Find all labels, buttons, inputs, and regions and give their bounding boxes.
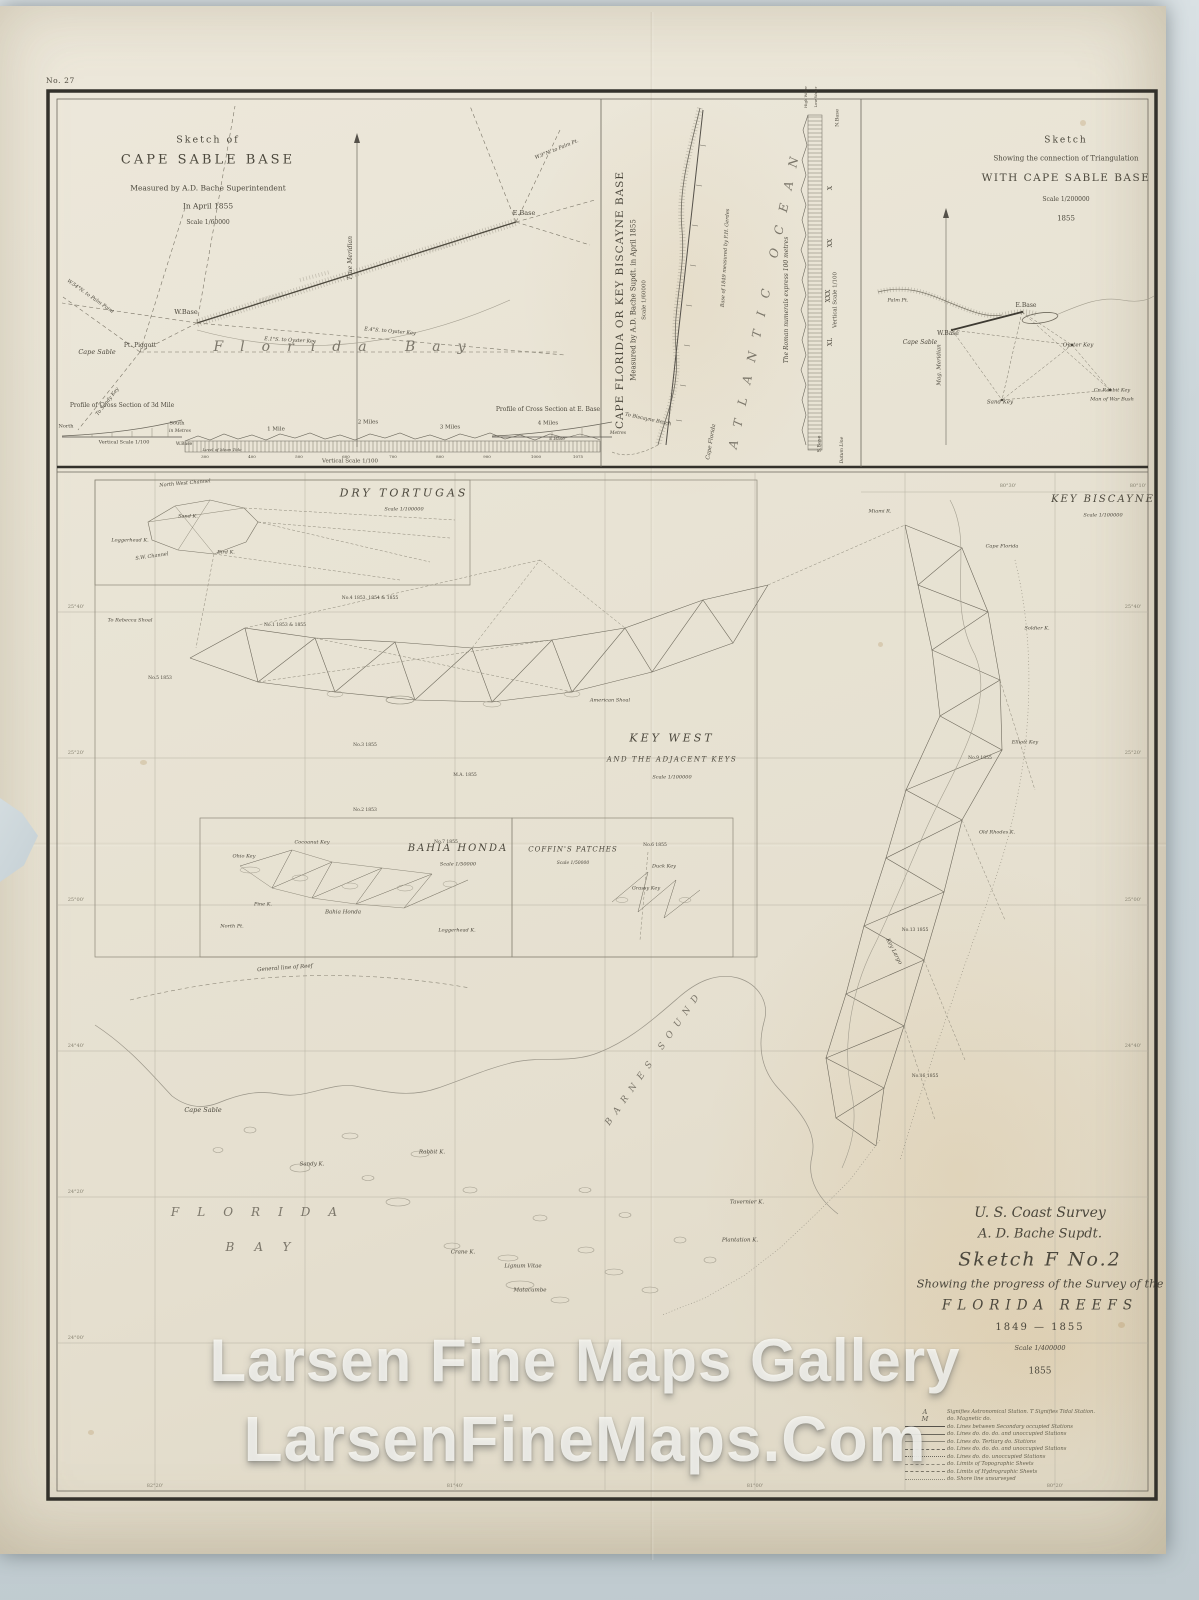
map-label: KEY BISCAYNE: [1051, 495, 1155, 505]
map-label: S.Base: [818, 435, 823, 452]
map-label: KEY WEST: [629, 733, 714, 744]
map-label: American Shoal: [590, 699, 630, 704]
map-label: Rabbit K.: [419, 1150, 445, 1156]
foxing-spot: [140, 760, 147, 765]
watermark-website: LarsenFineMaps.Com: [243, 1402, 926, 1476]
map-label: Lignum Vitae: [504, 1264, 541, 1270]
map-label: U. S. Coast Survey: [974, 1206, 1106, 1220]
graticule-label: 80°10': [1130, 483, 1147, 489]
map-label: Profile of Cross Section of 3d Mile: [70, 403, 174, 409]
legend-row: do. Lines between Secondary occupied Sta…: [903, 1423, 1159, 1431]
map-label: 900: [483, 455, 491, 459]
map-label: E.Base: [549, 438, 565, 443]
map-label: 300: [201, 455, 209, 459]
graticule-label: 24°20': [68, 1189, 85, 1195]
map-label: Duck Key: [652, 865, 676, 870]
map-label: Vertical Scale 1/100: [99, 441, 150, 446]
map-label: No.2 1853: [353, 809, 377, 814]
foxing-spot: [1080, 120, 1086, 126]
map-label: Matacumbe: [513, 1288, 546, 1294]
map-label: Man of War Bush: [1090, 398, 1134, 403]
map-label: No.16 1855: [912, 1075, 939, 1080]
map-label: Scale 1/100000: [652, 776, 691, 781]
legend-text: do. Shore line unsurveyed: [947, 1476, 1016, 1482]
map-label: Sketch of: [176, 135, 239, 145]
map-label: High Water: [804, 86, 808, 108]
map-label: Sand K.: [178, 515, 198, 520]
legend-text: do. Limits of Topographic Sheets: [947, 1461, 1034, 1467]
map-label: 3 Miles: [440, 425, 460, 431]
graticule-label: 24°00': [68, 1335, 85, 1341]
map-label: E.Base: [513, 210, 536, 217]
graticule-label: 25°20': [1125, 750, 1142, 756]
map-label: Pine K.: [254, 903, 272, 908]
map-label: No.3 1855: [353, 744, 377, 749]
map-label: The Roman numerals express 100 metres: [784, 237, 790, 364]
map-label: 1 Mile: [267, 427, 285, 433]
map-label: 4 Miles: [538, 421, 558, 427]
map-label: Profile of Cross Section at E. Base: [496, 407, 600, 413]
map-label: Elliott Key: [1012, 741, 1038, 746]
map-label: No.6 1855: [643, 844, 667, 849]
map-label: BAHIA HONDA: [408, 844, 509, 854]
map-label: Soldier K.: [1024, 627, 1049, 632]
map-sheet: [0, 6, 1166, 1554]
map-label: Scale 1/100000: [1083, 514, 1122, 519]
map-label: Cape Sable: [903, 340, 937, 346]
map-label: WITH CAPE SABLE BASE: [982, 173, 1151, 184]
paper-stain: [700, 856, 1199, 1496]
graticule-label: 80°30': [1000, 483, 1017, 489]
map-label: X: [828, 186, 834, 190]
map-label: In April 1855: [183, 202, 233, 210]
legend-row: do. Limits of Topographic Sheets: [903, 1461, 1159, 1469]
map-label: Scale 1/60000: [186, 220, 229, 226]
map-label: CAPE FLORIDA OR KEY BISCAYNE BASE: [615, 171, 626, 429]
map-label: Old Rhodes K.: [979, 831, 1015, 836]
legend-row: do. Lines do. do. do. and unoccupied Sta…: [903, 1446, 1159, 1454]
map-label: Cape Sable: [78, 349, 115, 356]
map-label: W.Base: [174, 309, 197, 316]
map-label: Tavernier K.: [730, 1200, 764, 1206]
legend-row: Mdo. Magnetic do.: [903, 1416, 1159, 1424]
map-label: Vertical Scale 1/100: [322, 459, 378, 465]
map-label: 500: [295, 455, 303, 459]
graticule-label: 81°00': [747, 1483, 764, 1489]
map-label: Oyster Key: [1063, 343, 1094, 349]
plate-number: No. 27: [46, 76, 75, 85]
map-label: Bird K.: [217, 551, 235, 556]
map-label: No.13 1855: [902, 929, 929, 934]
graticule-label: 25°40': [1125, 604, 1142, 610]
graticule-label: 25°00': [1125, 897, 1142, 903]
legend-text: do. Lines do. do. do. and unoccupied Sta…: [947, 1431, 1066, 1437]
map-label: 1849 — 1855: [995, 1323, 1084, 1333]
map-label: Cn.Rabbit Key: [1094, 389, 1130, 394]
map-label: No.5 1853: [148, 677, 172, 682]
map-label: 400: [248, 455, 256, 459]
legend-text: do. Lines between Secondary occupied Sta…: [947, 1424, 1073, 1430]
graticule-label: 80°20': [1047, 1483, 1064, 1489]
legend-text: do. Magnetic do.: [947, 1416, 991, 1422]
map-label: Scale 1/60000: [642, 280, 648, 320]
map-label: Mag. Meridian: [937, 344, 943, 385]
legend-text: do. Limits of Hydrographic Sheets: [947, 1469, 1037, 1475]
map-label: Vertical Scale 1/100: [833, 272, 839, 328]
map-label: XX: [828, 239, 834, 248]
map-label: No.1 1853 & 1855: [264, 624, 306, 629]
graticule-label: 25°40': [68, 604, 85, 610]
map-label: Showing the connection of Triangulation: [993, 156, 1138, 163]
map-label: Palm Pt.: [887, 299, 908, 304]
map-label: COFFIN'S PATCHES: [528, 847, 617, 854]
map-label: No.9 1855: [968, 757, 992, 762]
legend-text: do. Lines do. Tertiary do. Stations: [947, 1439, 1036, 1445]
graticule-label: 81°40': [447, 1483, 464, 1489]
map-label: 2 Miles: [358, 420, 378, 426]
map-label: CAPE SABLE BASE: [121, 154, 295, 167]
map-label: Crane K.: [451, 1250, 476, 1256]
map-label: Level of Mean Tide: [203, 448, 242, 452]
map-label: 1075: [573, 455, 583, 459]
map-label: Sketch: [1044, 137, 1087, 146]
map-label: FLORIDA REEFS: [942, 1299, 1138, 1313]
map-label: Scale 1/400000: [1014, 1345, 1065, 1352]
map-label: AND THE ADJACENT KEYS: [607, 757, 737, 764]
map-label: Loggerhead K.: [438, 929, 475, 934]
map-label: XXX: [826, 290, 832, 303]
map-label: Plantation K.: [722, 1238, 758, 1244]
map-label: FLORIDA: [171, 1206, 355, 1218]
map-label: Sand Key: [987, 400, 1013, 406]
map-label: M.A. 1855: [453, 774, 477, 779]
map-label: Florida Bay: [213, 340, 482, 354]
foxing-spot: [88, 1430, 94, 1435]
legend-row: do. Shore line unsurveyed: [903, 1476, 1159, 1484]
map-label: Scale 1/50000: [557, 862, 590, 867]
map-label: W.Base: [937, 331, 959, 337]
graticule-label: 82°20': [147, 1483, 164, 1489]
map-label: Cape Sable: [184, 1107, 221, 1114]
map-label: True Meridian: [348, 236, 354, 280]
map-label: XL: [828, 338, 834, 346]
map-label: 800: [436, 455, 444, 459]
graticule-label: 24°40': [68, 1043, 85, 1049]
legend-text: do. Lines do. do. do. and unoccupied Sta…: [947, 1446, 1066, 1452]
map-label: Metres: [610, 432, 626, 437]
map-label: No.7 1855: [434, 841, 458, 846]
legend-row: do. Lines do. do. do. and unoccupied Sta…: [903, 1431, 1159, 1439]
map-label: N.Base: [836, 109, 841, 127]
map-label: Ohio Key: [233, 855, 256, 860]
map-label: E.Base: [1016, 303, 1037, 309]
legend-row: do. Lines do. Tertiary do. Stations: [903, 1438, 1159, 1446]
map-label: Scale 1/100000: [384, 508, 423, 513]
map-label: To Rebecca Shoal: [108, 619, 153, 624]
map-label: DRY TORTUGAS: [340, 488, 469, 499]
map-label: Datum Line: [841, 437, 846, 464]
legend-row: do. Limits of Hydrographic Sheets: [903, 1468, 1159, 1476]
map-label: Low Water: [814, 87, 818, 108]
graticule-label: 25°20': [68, 750, 85, 756]
map-label: A. D. Bache Supdt.: [978, 1228, 1102, 1241]
photo-backdrop: No. 27 Sketch ofCAPE SABLE BASEMeasured …: [0, 0, 1199, 1600]
map-label: Scale 1/50000: [440, 863, 476, 868]
map-label: W.Base: [176, 443, 192, 448]
map-label: Scale 1/200000: [1042, 197, 1089, 203]
map-label: Showing the progress of the Survey of th…: [917, 1278, 1164, 1290]
legend-text: Signifies Astronomical Station. T Signif…: [947, 1409, 1095, 1415]
map-label: 700: [389, 455, 397, 459]
map-label: Measured by A.D. Bache Supdt. in April 1…: [631, 219, 638, 381]
map-label: North Pt.: [220, 925, 244, 930]
map-label: South: [170, 422, 185, 427]
map-label: Sandy K.: [300, 1162, 325, 1168]
map-label: Grassy Key: [632, 887, 660, 892]
legend-text: do. Lines do. do. unoccupied Stations: [947, 1454, 1045, 1460]
map-label: Cape Florida: [986, 545, 1019, 550]
foxing-spot: [878, 642, 883, 647]
map-label: Pt. Piggott: [124, 343, 156, 349]
map-label: BAY: [226, 1241, 311, 1253]
map-label: Sketch F No.2: [958, 1251, 1121, 1270]
graticule-label: 24°40': [1125, 1043, 1142, 1049]
map-label: 1855: [1057, 216, 1075, 223]
map-label: Bahia Honda: [325, 910, 361, 916]
map-label: Measured by A.D. Bache Superintendent: [130, 184, 285, 192]
map-label: Loggerhead K.: [111, 539, 148, 544]
legend-symbol: [903, 1479, 947, 1480]
map-label: Cocoanut Key: [294, 841, 329, 846]
map-label: Miami R.: [869, 510, 892, 515]
watermark-gallery-name: Larsen Fine Maps Gallery: [210, 1326, 961, 1395]
map-label: 1000: [531, 455, 541, 459]
legend-row: do. Lines do. do. unoccupied Stations: [903, 1453, 1159, 1461]
map-label: No.4 1853, 1854 & 1855: [342, 597, 398, 602]
symbol-legend: ASignifies Astronomical Station. T Signi…: [903, 1408, 1159, 1483]
foxing-spot: [1118, 1322, 1125, 1328]
map-label: in Metres: [169, 430, 191, 435]
graticule-label: 25°00': [68, 897, 85, 903]
map-label: 1855: [1029, 1368, 1052, 1377]
map-label: North: [58, 425, 73, 430]
